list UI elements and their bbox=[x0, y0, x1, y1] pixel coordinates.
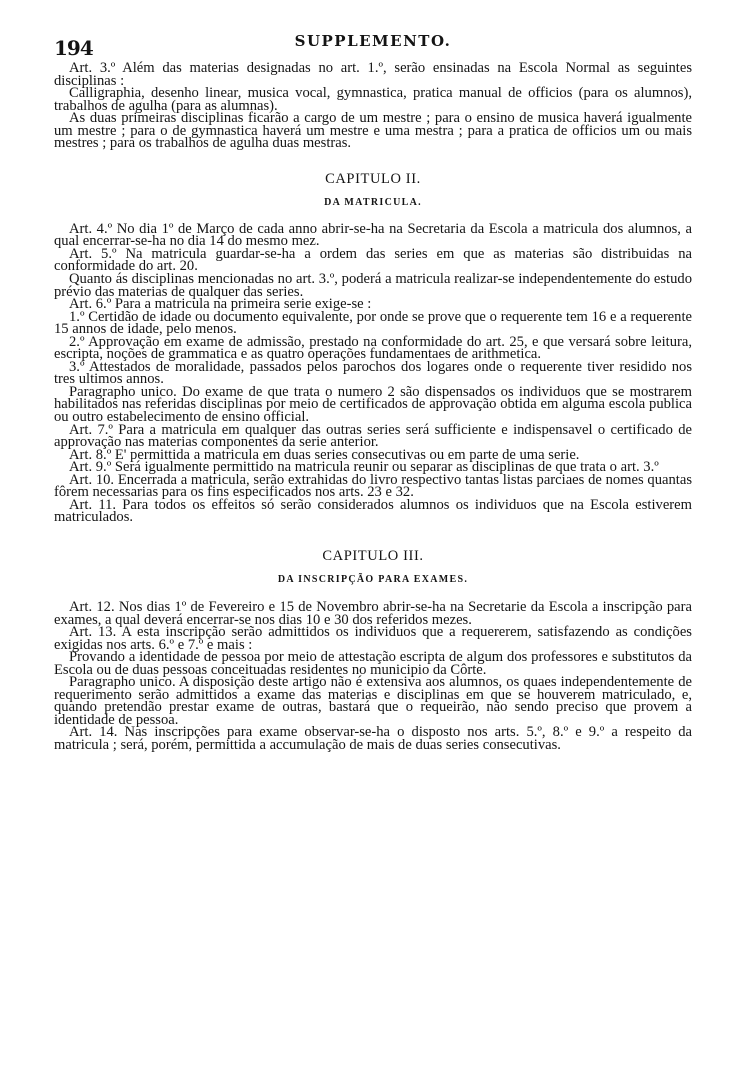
paragraph-art-4: Art. 4.º No dia 1º de Março de cada anno… bbox=[54, 223, 692, 248]
paragraph-art-13-sole: Paragrapho unico. A disposição deste art… bbox=[54, 676, 692, 726]
paragraph-art-6-item-2: 2.º Approvação em exame de admissão, pre… bbox=[54, 336, 692, 361]
document-page: 194 SUPPLEMENTO. Art. 3.º Além das mater… bbox=[54, 32, 692, 752]
paragraph-art-13: Art. 13. A esta inscripção serão admitti… bbox=[54, 626, 692, 651]
body-text: Art. 3.º Além das materias designadas no… bbox=[54, 62, 692, 752]
paragraph-art-7: Art. 7.º Para a matricula em qualquer da… bbox=[54, 424, 692, 449]
paragraph-art-6-sole: Paragrapho unico. Do exame de que trata … bbox=[54, 386, 692, 424]
chapter-title: CAPITULO II. bbox=[54, 171, 692, 187]
paragraph-art-13-identity: Provando a identidade de pessoa por meio… bbox=[54, 651, 692, 676]
paragraph-art-10: Art. 10. Encerrada a matricula, serão ex… bbox=[54, 474, 692, 499]
paragraph-art-11: Art. 11. Para todos os effeitos só serão… bbox=[54, 499, 692, 524]
paragraph-art-6-item-3: 3.º Attestados de moralidade, passados p… bbox=[54, 361, 692, 386]
page-header: 194 SUPPLEMENTO. bbox=[54, 32, 692, 62]
running-title: SUPPLEMENTO. bbox=[54, 32, 692, 50]
paragraph-art-3: Art. 3.º Além das materias designadas no… bbox=[54, 62, 692, 87]
paragraph-art-12: Art. 12. Nos dias 1º de Fevereiro e 15 d… bbox=[54, 601, 692, 626]
section-title: DA MATRICULA. bbox=[54, 197, 692, 209]
paragraph-art-5-disciplines: Quanto ás disciplinas mencionadas no art… bbox=[54, 273, 692, 298]
paragraph-disciplines: Calligraphia, desenho linear, musica voc… bbox=[54, 87, 692, 112]
paragraph-art-6-item-1: 1.º Certidão de idade ou documento equiv… bbox=[54, 311, 692, 336]
section-title: DA INSCRIPÇÃO PARA EXAMES. bbox=[54, 574, 692, 586]
paragraph-art-5: Art. 5.º Na matricula guardar-se-ha a or… bbox=[54, 248, 692, 273]
chapter-title: CAPITULO III. bbox=[54, 548, 692, 564]
paragraph-teachers: As duas primeiras disciplinas ficarão a … bbox=[54, 112, 692, 150]
paragraph-art-14: Art. 14. Nas inscripções para exame obse… bbox=[54, 726, 692, 751]
